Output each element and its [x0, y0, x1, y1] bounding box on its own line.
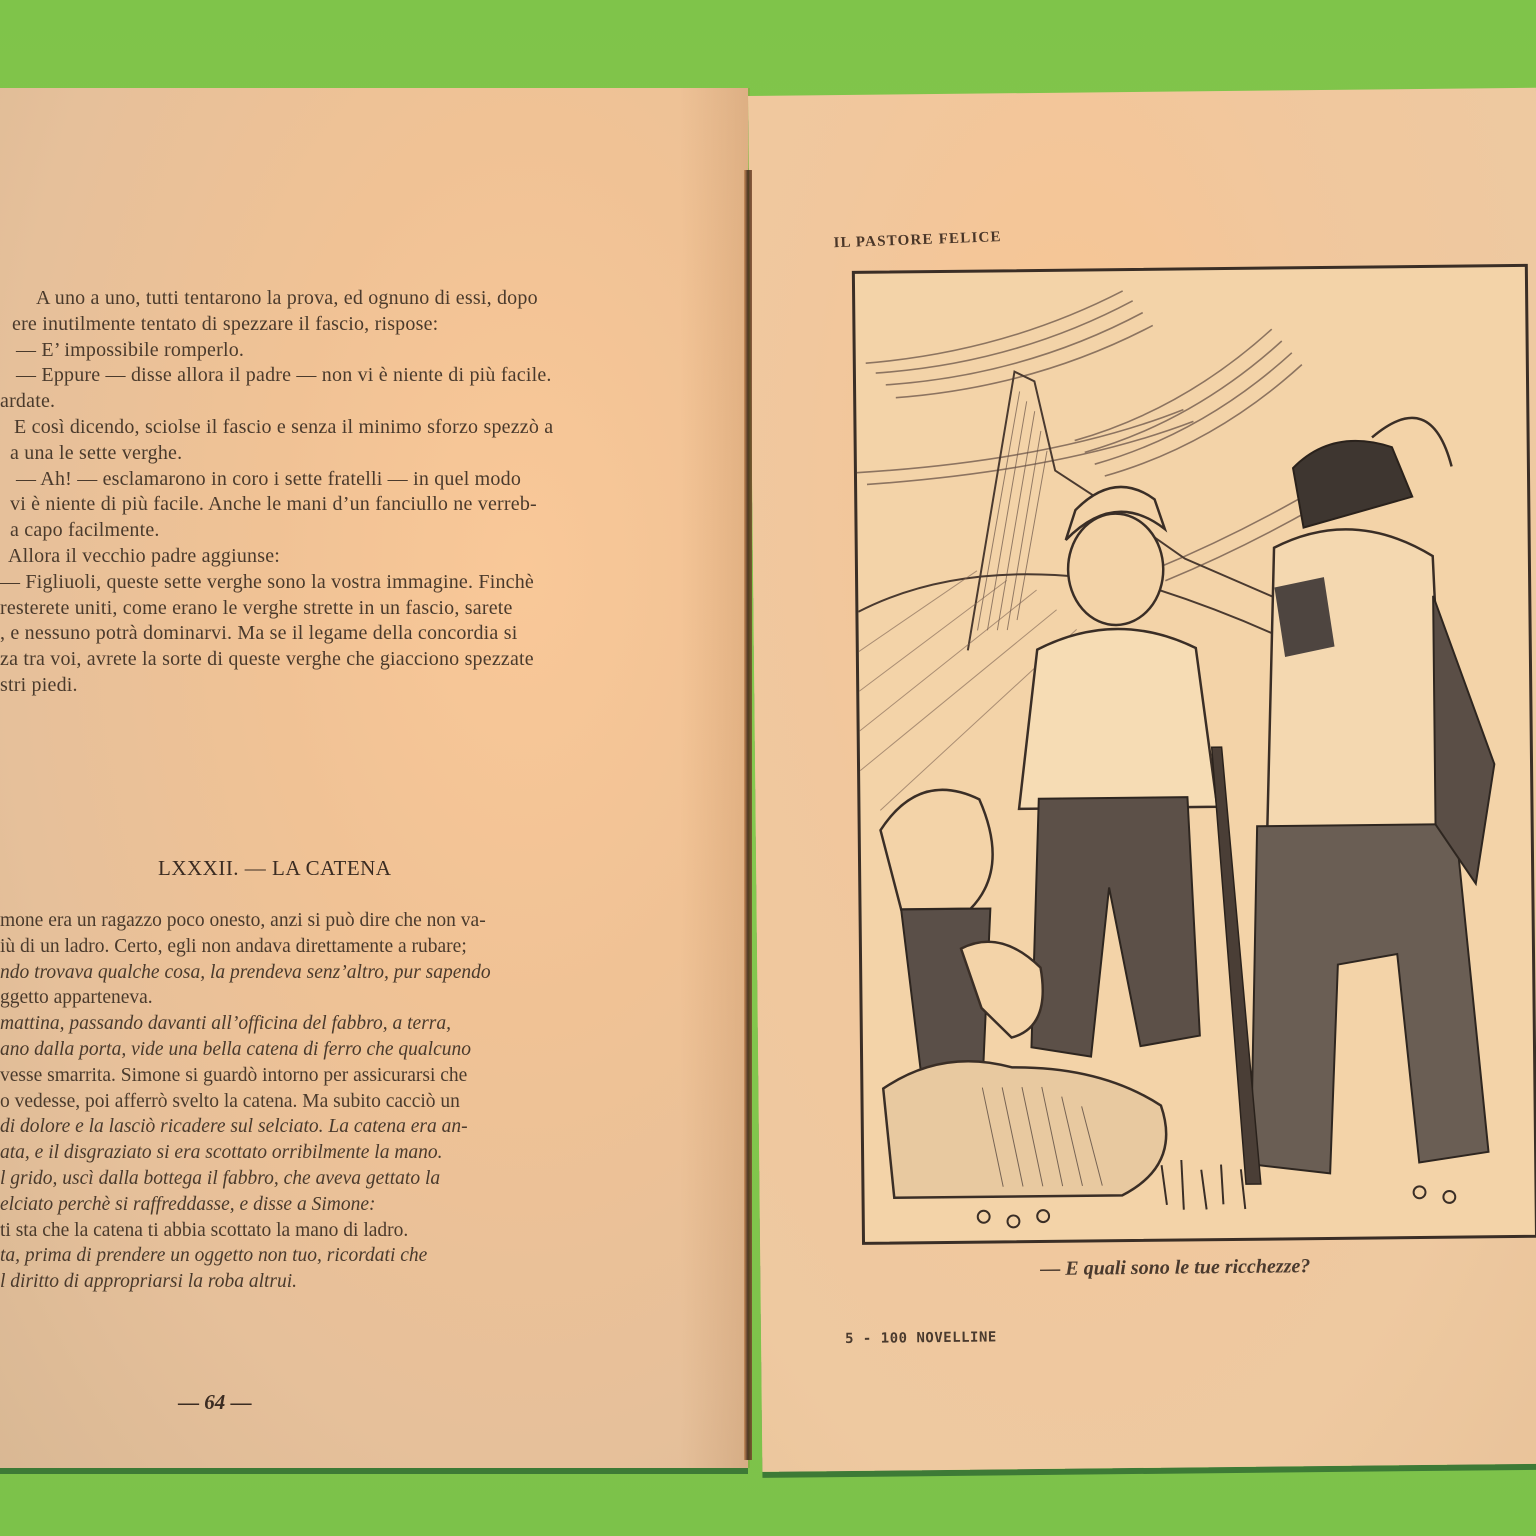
- text-line: iù di un ladro. Certo, egli non andava d…: [0, 934, 670, 960]
- text-line: ggetto apparteneva.: [0, 985, 670, 1011]
- text-line: ata, e il disgraziato si era scottato or…: [0, 1140, 670, 1166]
- page-number-dash: —: [178, 1390, 199, 1414]
- text-line: elciato perchè si raffreddasse, e disse …: [0, 1192, 670, 1218]
- text-line: — Figliuoli, queste sette verghe sono la…: [0, 570, 670, 596]
- page-number: — 64 —: [178, 1390, 252, 1415]
- text-line: A uno a uno, tutti tentarono la prova, e…: [0, 286, 670, 312]
- book-spine-gutter: [744, 170, 752, 1460]
- left-page: A uno a uno, tutti tentarono la prova, e…: [0, 88, 748, 1468]
- running-head: IL PASTORE FELICE: [833, 229, 1002, 252]
- right-page: IL PASTORE FELICE: [748, 88, 1536, 1472]
- text-line: ndo trovava qualche cosa, la prendeva se…: [0, 960, 670, 986]
- text-line: — E’ impossibile romperlo.: [0, 338, 670, 364]
- text-line: ta, prima di prendere un oggetto non tuo…: [0, 1243, 670, 1269]
- text-line: mattina, passando davanti all’officina d…: [0, 1011, 670, 1037]
- text-line: o vedesse, poi afferrò svelto la catena.…: [0, 1089, 670, 1115]
- chapter-title: LXXXII. — LA CATENA: [158, 856, 391, 881]
- text-line: di dolore e la lasciò ricadere sul selci…: [0, 1114, 670, 1140]
- page-number-dash: —: [231, 1390, 252, 1414]
- text-line: ano dalla porta, vide una bella catena d…: [0, 1037, 670, 1063]
- signature-mark: 5 - 100 NOVELLINE: [845, 1329, 997, 1347]
- text-line: ti sta che la catena ti abbia scottato l…: [0, 1218, 670, 1244]
- text-line: — Eppure — disse allora il padre — non v…: [0, 363, 670, 389]
- illustration-drawing-icon: [855, 267, 1535, 1242]
- text-line: ardate.: [0, 389, 670, 415]
- page-number-value: 64: [204, 1390, 225, 1414]
- text-line: stri piedi.: [0, 673, 670, 699]
- text-line: E così dicendo, sciolse il fascio e senz…: [0, 415, 670, 441]
- paragraph-block-fable: A uno a uno, tutti tentarono la prova, e…: [0, 286, 670, 699]
- illustration-caption: — E quali sono le tue ricchezze?: [1040, 1255, 1310, 1281]
- text-line: l diritto di appropriarsi la roba altrui…: [0, 1269, 670, 1295]
- shepherd-hunter-illustration: [852, 264, 1536, 1245]
- text-line: resterete uniti, come erano le verghe st…: [0, 596, 670, 622]
- text-line: , e nessuno potrà dominarvi. Ma se il le…: [0, 621, 670, 647]
- paragraph-block-la-catena: mone era un ragazzo poco onesto, anzi si…: [0, 908, 670, 1295]
- text-line: l grido, uscì dalla bottega il fabbro, c…: [0, 1166, 670, 1192]
- text-line: a una le sette verghe.: [0, 441, 670, 467]
- text-line: a capo facilmente.: [0, 518, 670, 544]
- text-line: Allora il vecchio padre aggiunse:: [0, 544, 670, 570]
- text-line: vi è niente di più facile. Anche le mani…: [0, 492, 670, 518]
- text-line: — Ah! — esclamarono in coro i sette frat…: [0, 467, 670, 493]
- text-line: ere inutilmente tentato di spezzare il f…: [0, 312, 670, 338]
- gutter-shadow: [680, 88, 750, 1468]
- text-line: za tra voi, avrete la sorte di queste ve…: [0, 647, 670, 673]
- text-line: vesse smarrita. Simone si guardò intorno…: [0, 1063, 670, 1089]
- text-line: mone era un ragazzo poco onesto, anzi si…: [0, 908, 670, 934]
